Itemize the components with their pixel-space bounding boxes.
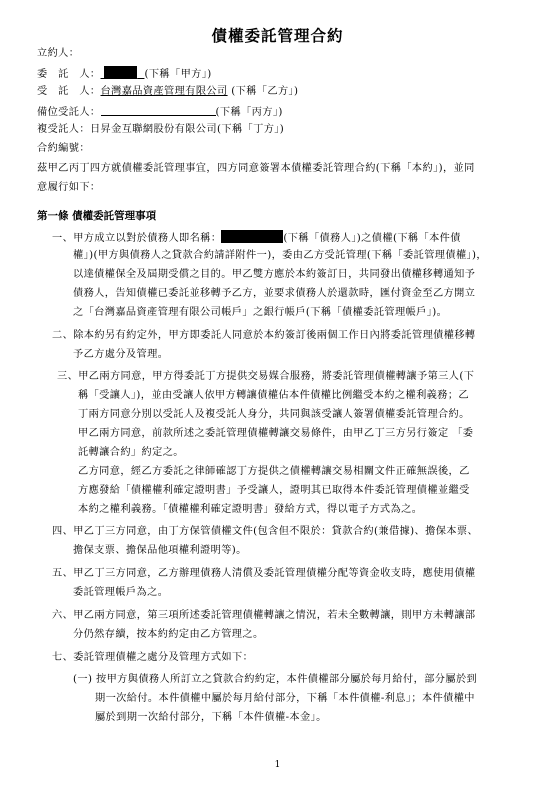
party-entrustor: 委 託 人： (下稱「甲方」) xyxy=(37,66,212,82)
item-text: 甲方成立以對於債務人即名稱： xyxy=(73,233,221,244)
article-heading: 第一條 債權委託管理事項 xyxy=(37,208,156,223)
party-name-blank xyxy=(101,104,216,116)
preamble-line: 茲甲乙丙丁四方就債權委託管理事宜，四方同意簽署本債權委託管理合約(下稱「本約」)… xyxy=(37,162,475,176)
item-text: (下稱「債務人」)之債權(下稱「本件債 xyxy=(283,233,460,244)
redaction-bar xyxy=(104,66,137,79)
item-line: 期一次給付。本件債權中屬於每月給付部分，下稱「本件債權-利息」；本件債權中 xyxy=(95,692,475,706)
item-line: 託轉讓合約」約定之。 xyxy=(78,446,184,460)
item-line: 本約之權利義務。「債權權利確定證明書」發給方式，得以電子方式為之。 xyxy=(78,503,422,517)
party-label: 委 託 人： xyxy=(37,69,101,80)
item-number: 五、 xyxy=(52,568,73,579)
item-text: 委託管理債權之處分及管理方式如下： xyxy=(73,652,253,663)
item-line: 屬於到期一次給付部分，下稱「本件債權-本金」。 xyxy=(95,711,327,725)
item-number: 二、 xyxy=(52,330,73,341)
item-number: 一、 xyxy=(52,233,73,244)
item-text: 甲乙兩方同意，第三項所述委託管理債權轉讓之情況，若未全數轉讓，則甲方未轉讓部 xyxy=(73,610,475,621)
item-number: 四、 xyxy=(52,526,73,537)
item-line: 方應發給「債權權利確定證明書」予受讓人，證明其已取得本件委託管理債權並繼受 xyxy=(78,484,470,498)
document-title: 債權委託管理合約 xyxy=(0,24,555,46)
item-text: 按甲方與債務人所訂立之貸款合約約定，本件債權部分屬於每月給付，部分屬於到 xyxy=(96,674,477,685)
sub-item-1-first-line: (一) 按甲方與債務人所訂立之貸款合約約定，本件債權部分屬於每月給付，部分屬於到 xyxy=(73,673,477,687)
party-alias: (下稱「甲方」) xyxy=(144,69,211,80)
item-1-first-line: 一、甲方成立以對於債務人即名稱：(下稱「債務人」)之債權(下稱「本件債 xyxy=(52,230,461,246)
item-line: 以達債權保全及屆期受償之目的。甲乙雙方應於本約簽訂日，共同發出債權移轉通知予 xyxy=(73,268,475,282)
debtor-name-redacted xyxy=(221,230,283,243)
item-line: 之「台灣嘉品資產管理有限公司帳戶」之銀行帳戶(下稱「債權委託管理帳戶」)。 xyxy=(73,306,447,320)
item-line: 分仍然存續，按本約約定由乙方管理之。 xyxy=(73,628,264,642)
document-page: 債權委託管理合約 立約人： 委 託 人： (下稱「甲方」) 受 託 人：台灣嘉品… xyxy=(0,0,555,803)
item-text: 甲乙丁三方同意，乙方辦理債務人清償及委託管理債權分配等資金收支時，應使用債權 xyxy=(73,568,475,579)
item-2-first-line: 二、除本約另有約定外，甲方即委託人同意於本約簽訂後兩個工作日內將委託管理債權移轉 xyxy=(52,329,476,343)
party-alias: (下稱「丙方」) xyxy=(216,107,283,118)
item-5-first-line: 五、甲乙丁三方同意，乙方辦理債務人清償及委託管理債權分配等資金收支時，應使用債權 xyxy=(52,567,476,581)
party-label: 受 託 人： xyxy=(37,86,101,97)
item-number: 三、 xyxy=(57,371,78,382)
item-line: 予乙方處分及管理。 xyxy=(73,348,168,362)
item-line: 乙方同意，經乙方委託之律師確認丁方提供之債權轉讓交易相關文件正確無誤後，乙 xyxy=(78,465,470,479)
item-line: 甲乙兩方同意，前款所述之委託管理債權轉讓交易條件，由甲乙丁三方另行簽定 「委 xyxy=(78,427,473,441)
party-name: 台灣嘉品資產管理有限公司 xyxy=(101,86,228,97)
party-name: 日昇金互聯網股份有限公司 xyxy=(90,124,217,135)
party-alias: (下稱「丁方」) xyxy=(217,124,284,135)
party-trustee: 受 託 人：台灣嘉品資產管理有限公司 (下稱「乙方」) xyxy=(37,85,298,99)
party-label: 備位受託人： xyxy=(37,107,101,118)
sub-item-number: (一) xyxy=(73,674,92,685)
item-text: 甲乙兩方同意，甲方得委託丁方提供交易媒合服務，將委託管理債權轉讓予第三人(下 xyxy=(78,371,474,382)
item-3-first-line: 三、甲乙兩方同意，甲方得委託丁方提供交易媒合服務，將委託管理債權轉讓予第三人(下 xyxy=(57,370,474,384)
parties-label: 立約人： xyxy=(37,47,79,61)
item-line: 稱「受讓人」)，並由受讓人依甲方轉讓債權佔本件債權比例繼受本約之權利義務；乙 xyxy=(78,389,469,403)
item-4-first-line: 四、甲乙丁三方同意，由丁方保管債權文件(包含但不限於：貸款合約(兼借據)、擔保本… xyxy=(52,525,478,539)
item-line: 擔保支票、擔保品他項權利證明等)。 xyxy=(73,544,247,558)
item-number: 七、 xyxy=(52,652,73,663)
item-line: 委託管理帳戶為之。 xyxy=(73,586,168,600)
item-line: 丁兩方同意分別以受託人及複受託人身分，共同與該受讓人簽署債權委託管理合約。 xyxy=(78,408,470,422)
item-7-first-line: 七、委託管理債權之處分及管理方式如下： xyxy=(52,651,253,665)
party-alias: (下稱「乙方」) xyxy=(228,86,299,97)
item-text: 甲乙丁三方同意，由丁方保管債權文件(包含但不限於：貸款合約(兼借據)、擔保本票、 xyxy=(73,526,478,537)
item-text: 除本約另有約定外，甲方即委託人同意於本約簽訂後兩個工作日內將委託管理債權移轉 xyxy=(73,330,475,341)
item-6-first-line: 六、甲乙兩方同意，第三項所述委託管理債權轉讓之情況，若未全數轉讓，則甲方未轉讓部 xyxy=(52,609,476,623)
page-number: 1 xyxy=(0,760,555,770)
preamble-line: 意履行如下： xyxy=(37,181,101,195)
item-line: 權」)(甲方與債務人之貸款合約請詳附件一)，委由乙方受託管理(下稱「委託管理債權… xyxy=(73,249,487,263)
party-sub-trustee: 複受託人：日昇金互聯網股份有限公司(下稱「丁方」) xyxy=(37,123,284,137)
item-line: 債務人，告知債權已委託並移轉予乙方，並要求債務人於還款時，匯付資金至乙方開立 xyxy=(73,287,475,301)
item-number: 六、 xyxy=(52,610,73,621)
party-backup-trustee: 備位受託人：(下稱「丙方」) xyxy=(37,104,283,120)
contract-number-label: 合約編號： xyxy=(37,142,90,156)
party-name-redacted xyxy=(101,69,145,80)
party-label: 複受託人： xyxy=(37,124,90,135)
